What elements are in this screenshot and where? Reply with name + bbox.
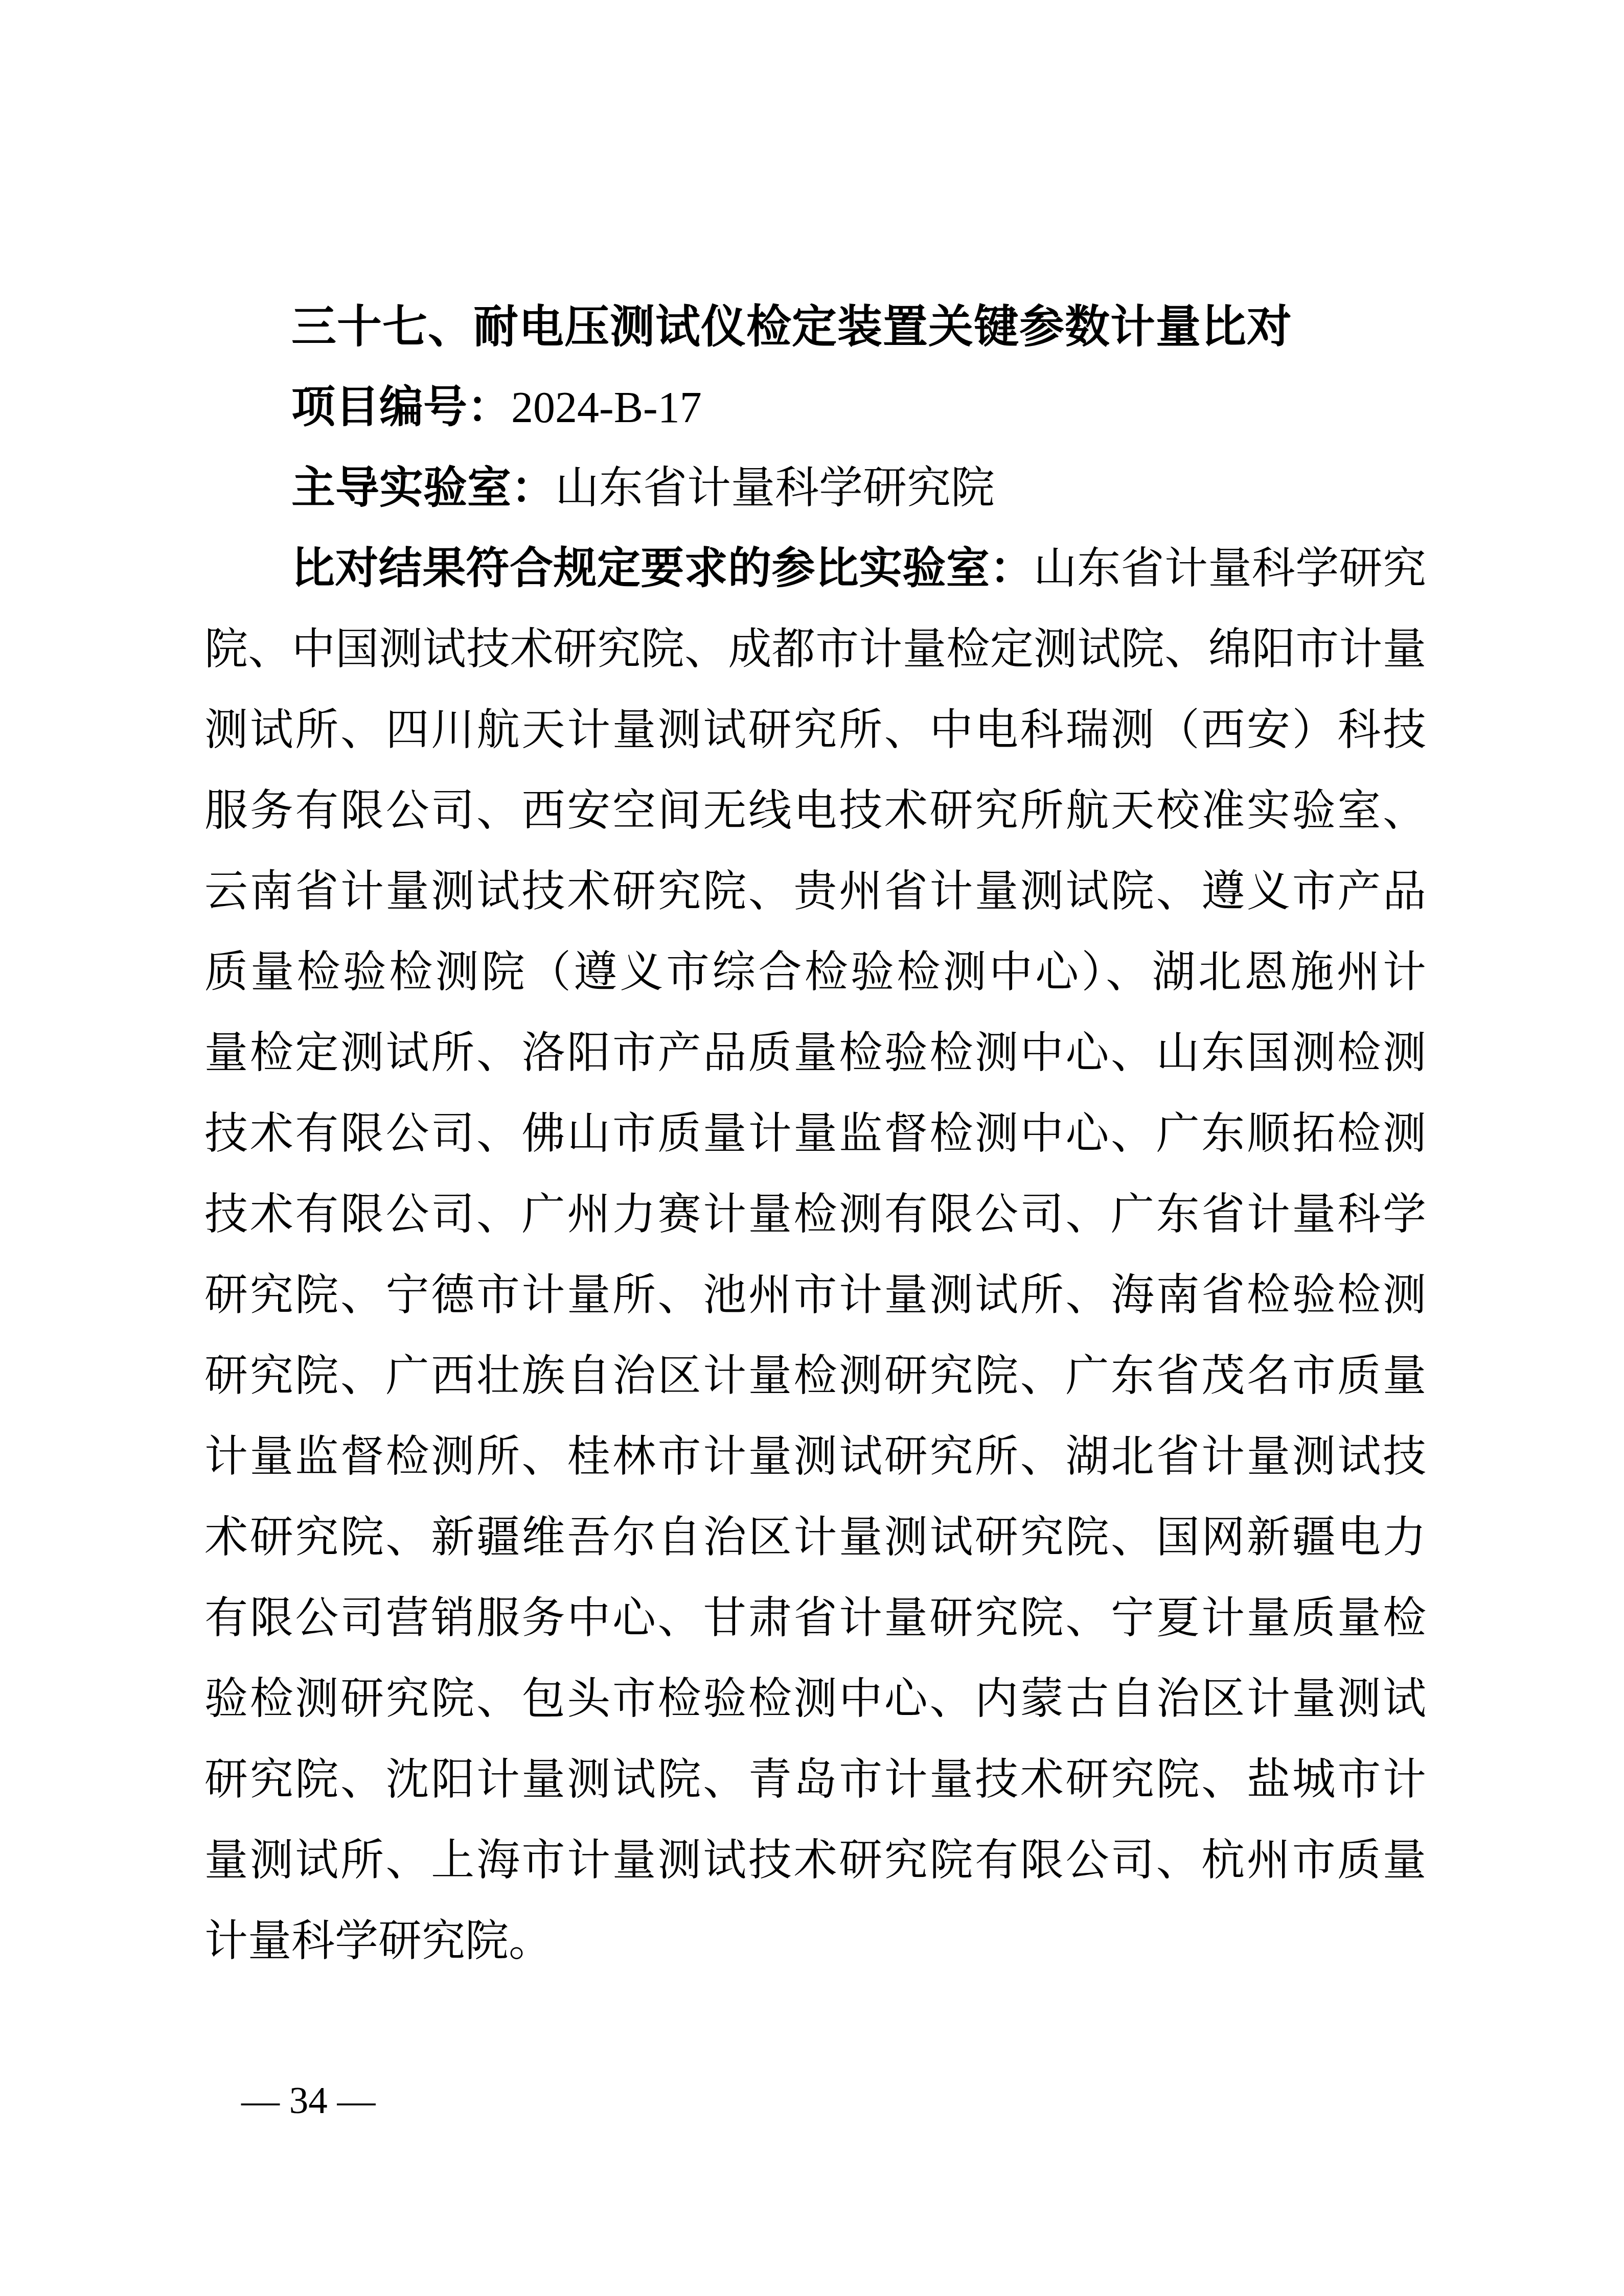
document-page: 三十七、耐电压测试仪检定装置关键参数计量比对 项目编号：2024-B-17 主导… bbox=[0, 0, 1624, 2296]
paragraph-line: 技术有限公司、佛山市质量计量监督检测中心、广东顺拓检测 bbox=[204, 1094, 1426, 1174]
participant-labs-label: 比对结果符合规定要求的参比实验室： bbox=[291, 544, 1034, 593]
paragraph-line: 验检测研究院、包头市检验检测中心、内蒙古自治区计量测试 bbox=[204, 1659, 1426, 1740]
document-content: 三十七、耐电压测试仪检定装置关键参数计量比对 项目编号：2024-B-17 主导… bbox=[204, 286, 1426, 1982]
paragraph-line: 质量检验检测院（遵义市综合检验检测中心）、湖北恩施州计 bbox=[204, 932, 1426, 1013]
section-title: 三十七、耐电压测试仪检定装置关键参数计量比对 bbox=[204, 286, 1426, 367]
paragraph-line: 技术有限公司、广州力赛计量检测有限公司、广东省计量科学 bbox=[204, 1174, 1426, 1255]
page-number: — 34 — bbox=[241, 2062, 376, 2139]
paragraph-line: 计量监督检测所、桂林市计量测试研究所、湖北省计量测试技 bbox=[204, 1417, 1426, 1497]
paragraph-line: 测试所、四川航天计量测试研究所、中电科瑞测（西安）科技 bbox=[204, 690, 1426, 771]
project-number-value: 2024-B-17 bbox=[511, 383, 702, 432]
lead-lab-value: 山东省计量科学研究院 bbox=[555, 463, 995, 513]
paragraph-line: 研究院、广西壮族自治区计量检测研究院、广东省茂名市质量 bbox=[204, 1336, 1426, 1417]
paragraph-line: 院、中国测试技术研究院、成都市计量检定测试院、绵阳市计量 bbox=[204, 609, 1426, 690]
lead-lab-line: 主导实验室：山东省计量科学研究院 bbox=[204, 448, 1426, 528]
paragraph-line: 计量科学研究院。 bbox=[204, 1901, 1426, 1982]
project-number-label: 项目编号： bbox=[291, 383, 511, 432]
paragraph-line: 比对结果符合规定要求的参比实验室：山东省计量科学研究 bbox=[204, 528, 1426, 609]
paragraph-line: 研究院、宁德市计量所、池州市计量测试所、海南省检验检测 bbox=[204, 1255, 1426, 1336]
paragraph-line: 术研究院、新疆维吾尔自治区计量测试研究院、国网新疆电力 bbox=[204, 1497, 1426, 1578]
lead-lab-label: 主导实验室： bbox=[291, 463, 555, 513]
paragraph-line-text: 山东省计量科学研究 bbox=[1034, 545, 1426, 593]
paragraph-line: 研究院、沈阳计量测试院、青岛市计量技术研究院、盐城市计 bbox=[204, 1740, 1426, 1820]
paragraph-line: 量测试所、上海市计量测试技术研究院有限公司、杭州市质量 bbox=[204, 1820, 1426, 1901]
paragraph-line: 服务有限公司、西安空间无线电技术研究所航天校准实验室、 bbox=[204, 771, 1426, 851]
paragraph-line: 量检定测试所、洛阳市产品质量检验检测中心、山东国测检测 bbox=[204, 1013, 1426, 1094]
participant-labs-paragraph: 比对结果符合规定要求的参比实验室：山东省计量科学研究 院、中国测试技术研究院、成… bbox=[204, 528, 1426, 1982]
project-number-line: 项目编号：2024-B-17 bbox=[204, 367, 1426, 448]
paragraph-line: 有限公司营销服务中心、甘肃省计量研究院、宁夏计量质量检 bbox=[204, 1578, 1426, 1659]
paragraph-line: 云南省计量测试技术研究院、贵州省计量测试院、遵义市产品 bbox=[204, 851, 1426, 932]
